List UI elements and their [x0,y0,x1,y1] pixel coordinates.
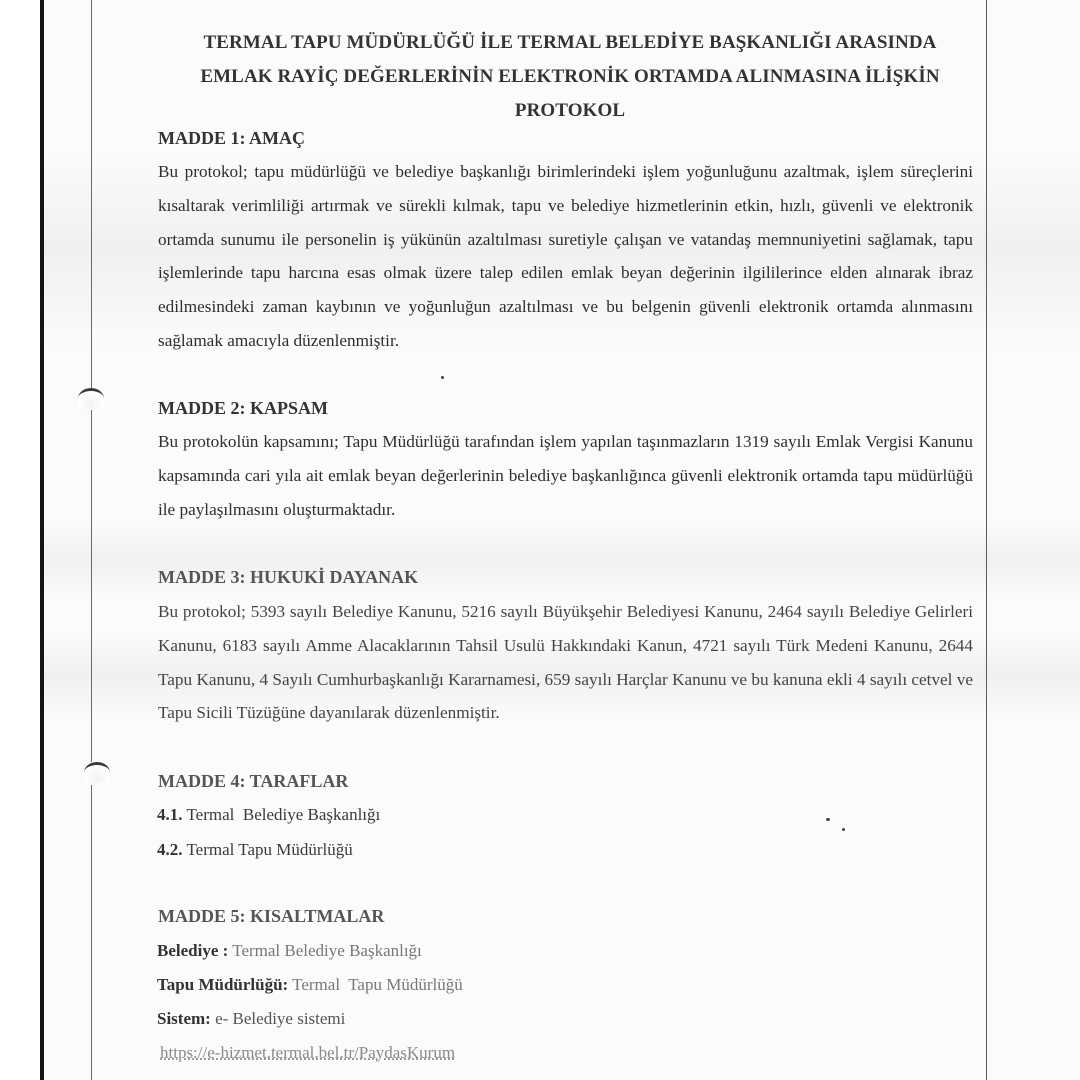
scan-speck [441,376,444,379]
party-item-label: 4.2. [157,840,183,859]
title-line-1: TERMAL TAPU MÜDÜRLÜĞÜ İLE TERMAL BELEDİY… [150,26,990,60]
scan-speck [826,818,830,821]
party-item-label: 4.1. [157,805,183,824]
margin-line [91,785,92,1080]
system-url-link[interactable]: https://e-hizmet.termal.bel.tr/PaydasKur… [160,1043,455,1063]
section-heading-madde-2: MADDE 2: KAPSAM [158,398,328,419]
section-body-madde-2: Bu protokolün kapsamını; Tapu Müdürlüğü … [158,425,973,526]
right-margin-line [986,0,987,1080]
party-item: 4.2. Termal Tapu Müdürlüğü [157,840,353,860]
abbreviation-item: Tapu Müdürlüğü: Termal Tapu Müdürlüğü [157,975,463,995]
scan-speck [842,828,845,831]
section-heading-madde-5: MADDE 5: KISALTMALAR [158,906,384,927]
binder-hole-icon [78,388,104,409]
abbreviation-text: e- Belediye sistemi [215,1009,345,1028]
abbreviation-text: Termal Belediye Başkanlığı [232,941,422,960]
section-heading-madde-4: MADDE 4: TARAFLAR [158,771,348,792]
abbreviation-label: Sistem: [157,1009,211,1028]
margin-line [91,410,92,762]
binder-hole-icon [84,762,110,783]
abbreviation-text: Termal Tapu Müdürlüğü [292,975,463,994]
bleed-through-shade [44,520,1080,600]
title-line-3: PROTOKOL [150,94,990,128]
title-line-2: EMLAK RAYİÇ DEĞERLERİNİN ELEKTRONİK ORTA… [150,60,990,94]
section-body-madde-3: Bu protokol; 5393 sayılı Belediye Kanunu… [158,595,973,730]
abbreviation-label: Tapu Müdürlüğü: [157,975,288,994]
document-title: TERMAL TAPU MÜDÜRLÜĞÜ İLE TERMAL BELEDİY… [150,26,990,128]
abbreviation-label: Belediye : [157,941,228,960]
abbreviation-item: Belediye : Termal Belediye Başkanlığı [157,941,422,961]
margin-line [91,0,92,388]
section-heading-madde-3: MADDE 3: HUKUKİ DAYANAK [158,567,418,588]
abbreviation-item: Sistem: e- Belediye sistemi [157,1009,345,1029]
party-item: 4.1. Termal Belediye Başkanlığı [157,805,380,825]
section-heading-madde-1: MADDE 1: AMAÇ [158,128,305,149]
party-item-text: Termal Tapu Müdürlüğü [186,840,352,859]
section-body-madde-1: Bu protokol; tapu müdürlüğü ve belediye … [158,155,973,358]
party-item-text: Termal Belediye Başkanlığı [186,805,380,824]
